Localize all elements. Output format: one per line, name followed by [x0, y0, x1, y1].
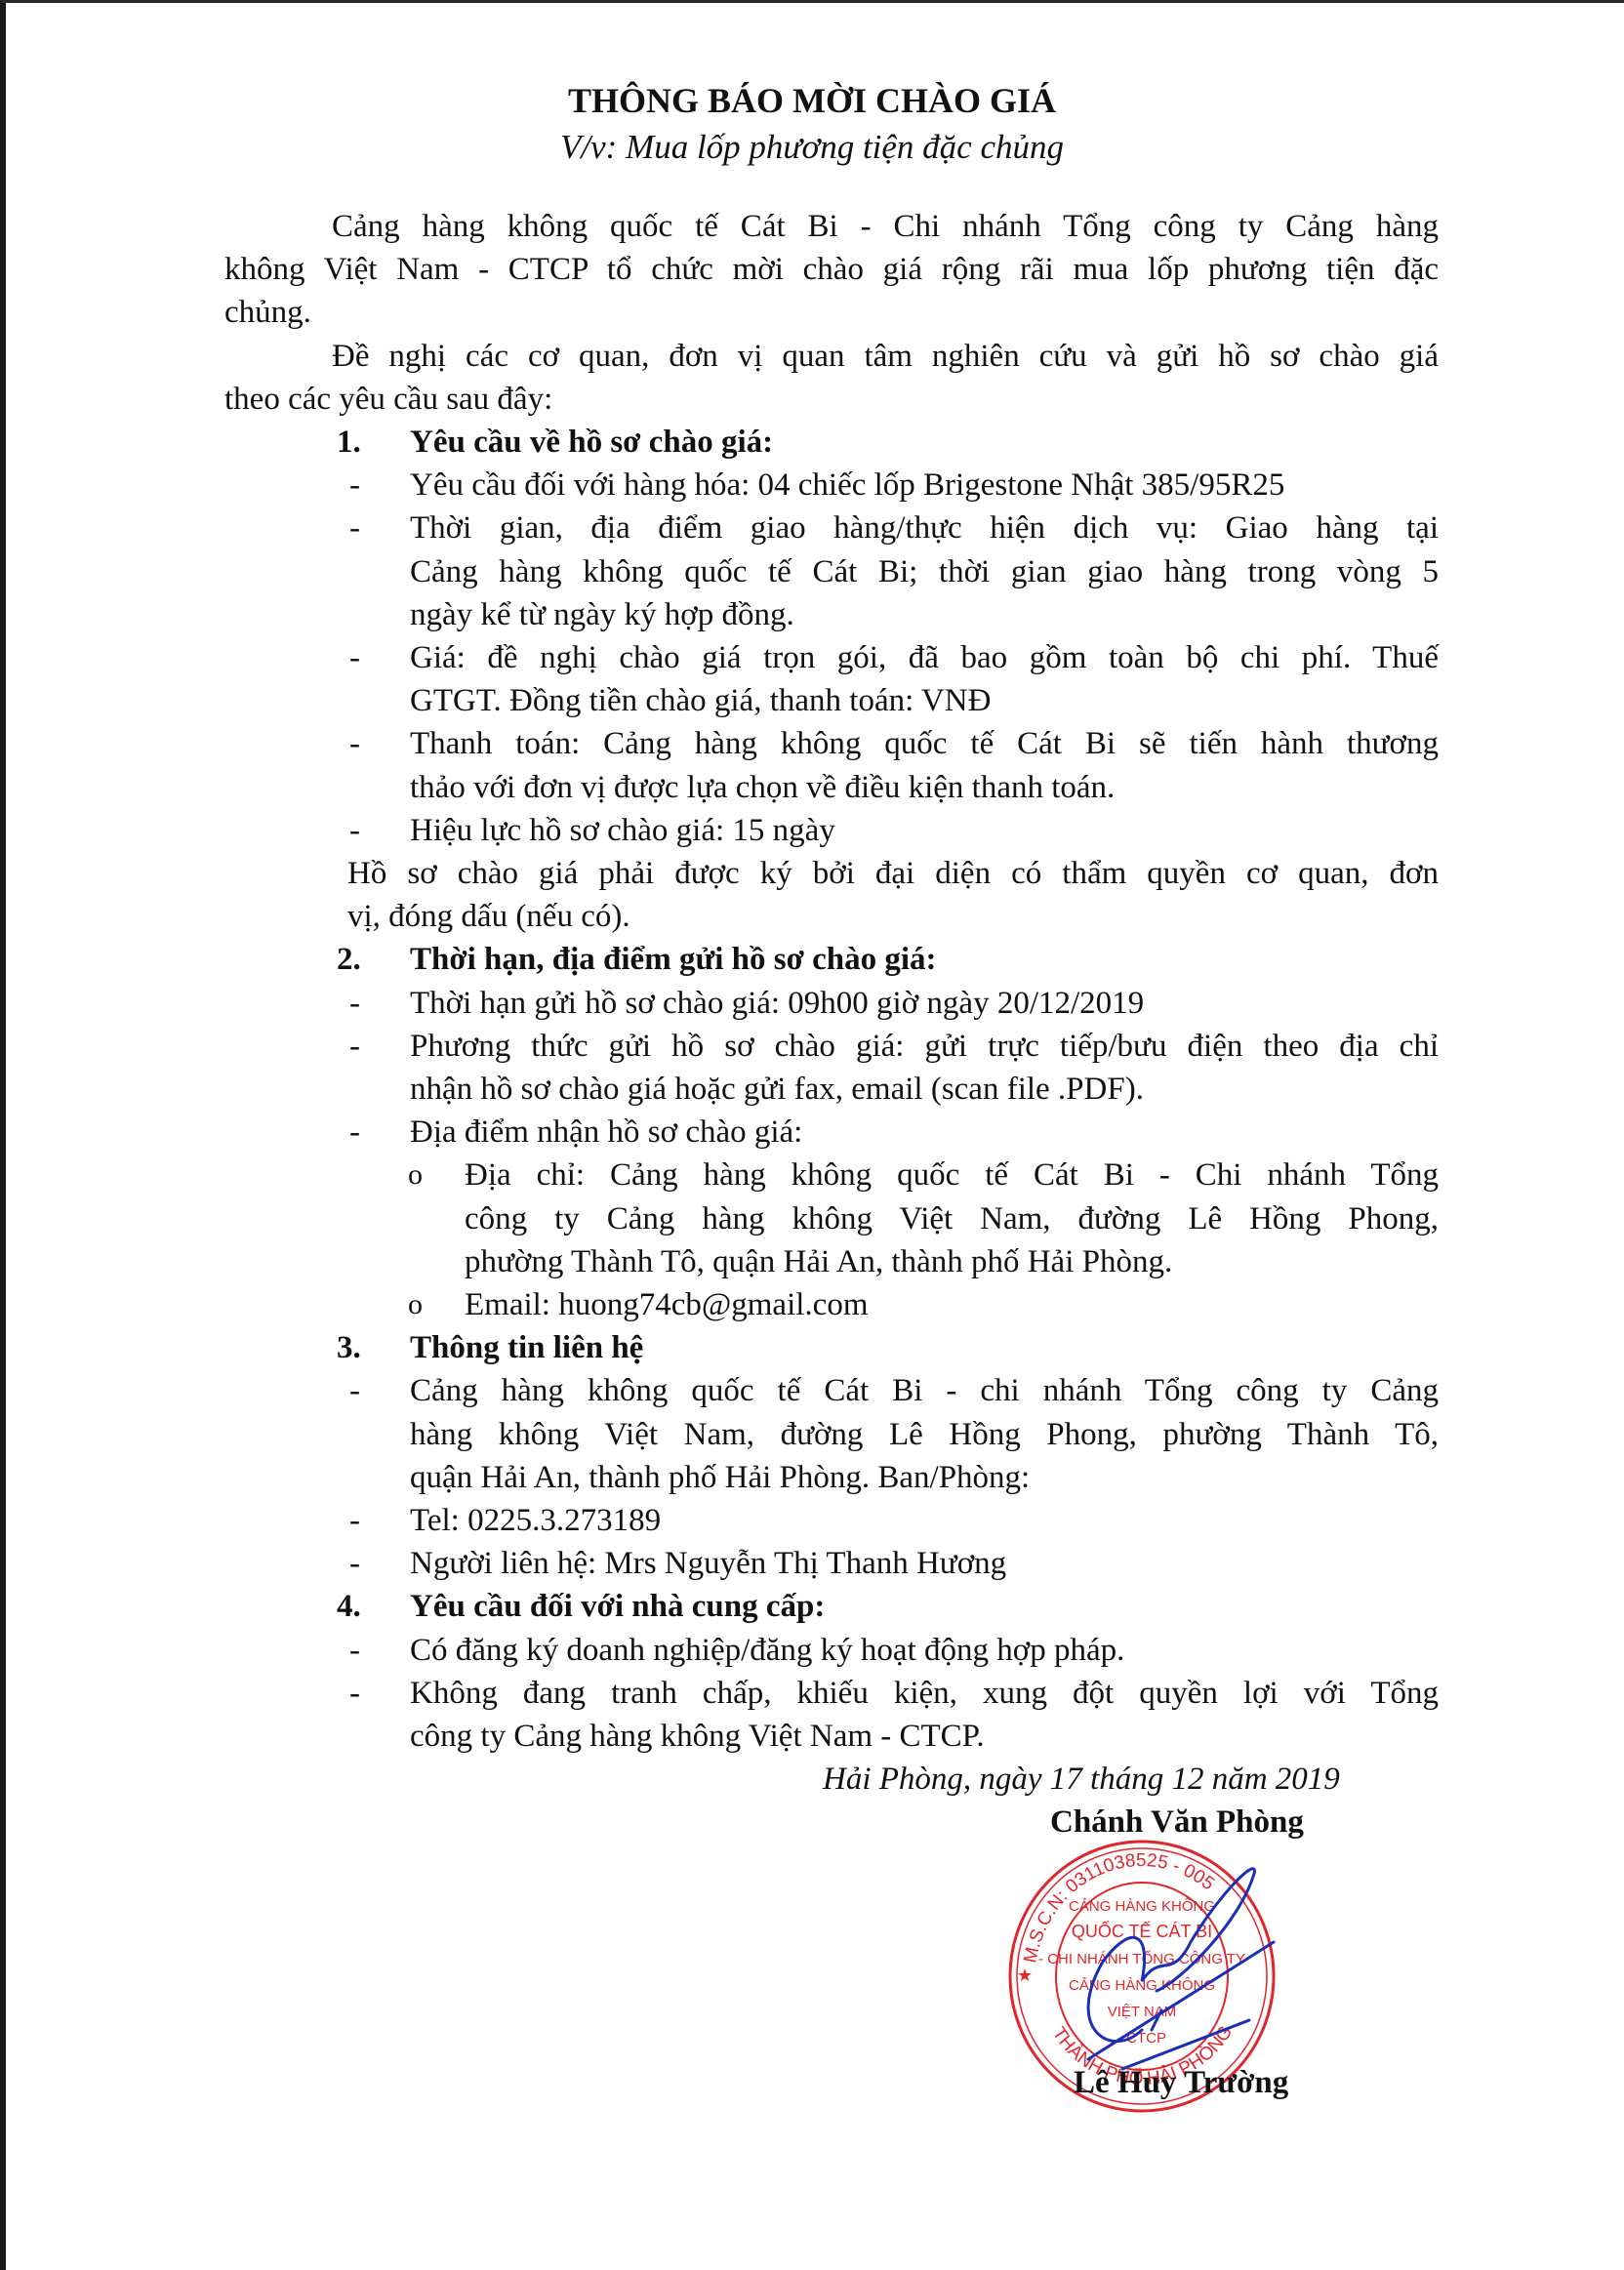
list-item: ngày kể từ ngày ký hợp đồng.: [410, 593, 794, 636]
sub-list-item: công ty Cảng hàng không Việt Nam, đường …: [465, 1197, 1439, 1240]
svg-text:- CTCP: - CTCP: [1117, 2030, 1166, 2047]
section-number: 2.: [337, 938, 361, 981]
list-item: quận Hải An, thành phố Hải Phòng. Ban/Ph…: [410, 1456, 1030, 1499]
section-heading: Yêu cầu về hồ sơ chào giá:: [410, 421, 773, 464]
bullet-dash: -: [349, 982, 360, 1025]
intro-paragraph-line: theo các yêu cầu sau đây:: [224, 378, 552, 421]
list-item: thảo với đơn vị được lựa chọn về điều ki…: [410, 766, 1115, 809]
bullet-dash: -: [349, 1369, 360, 1412]
intro-paragraph-line: không Việt Nam - CTCP tổ chức mời chào g…: [224, 248, 1439, 291]
bullet-dash: -: [349, 636, 360, 679]
sub-list-item: phường Thành Tô, quận Hải An, thành phố …: [465, 1240, 1172, 1283]
date-line: Hải Phòng, ngày 17 tháng 12 năm 2019: [823, 1758, 1340, 1801]
bullet-dash: -: [349, 1542, 360, 1585]
bullet-dash: -: [349, 1499, 360, 1542]
list-item: Thời gian, địa điểm giao hàng/thực hiện …: [410, 507, 1439, 549]
list-item: Tel: 0225.3.273189: [410, 1499, 661, 1542]
sub-list-item: Địa chỉ: Cảng hàng không quốc tế Cát Bi …: [465, 1154, 1439, 1196]
signer-name: Lê Huy Trường: [1074, 2061, 1288, 2104]
bullet-dash: -: [349, 1629, 360, 1672]
bullet-dash: -: [349, 1111, 360, 1154]
document-subtitle: V/v: Mua lốp phương tiện đặc chủng: [0, 125, 1624, 170]
intro-paragraph-line: chủng.: [224, 291, 311, 334]
section-number: 4.: [337, 1585, 361, 1628]
intro-paragraph-line: Cảng hàng không quốc tế Cát Bi - Chi nhá…: [332, 205, 1439, 248]
section-number: 1.: [337, 421, 361, 464]
svg-text:- CHI NHÁNH TỔNG CÔNG TY: - CHI NHÁNH TỔNG CÔNG TY: [1038, 1950, 1245, 1967]
list-item: Người liên hệ: Mrs Nguyễn Thị Thanh Hươn…: [410, 1542, 1006, 1585]
bullet-dash: -: [349, 809, 360, 852]
document-title: THÔNG BÁO MỜI CHÀO GIÁ: [0, 78, 1624, 123]
list-item: Thanh toán: Cảng hàng không quốc tế Cát …: [410, 722, 1439, 765]
scan-edge-top: [0, 0, 1624, 3]
bullet-dash: -: [349, 1672, 360, 1715]
sub-list-item: Email: huong74cb@gmail.com: [465, 1283, 868, 1326]
list-item: Không đang tranh chấp, khiếu kiện, xung …: [410, 1672, 1439, 1715]
list-item: Yêu cầu đối với hàng hóa: 04 chiếc lốp B…: [410, 464, 1284, 507]
list-item: Cảng hàng không quốc tế Cát Bi; thời gia…: [410, 550, 1439, 593]
section-heading: Thông tin liên hệ: [410, 1326, 643, 1369]
section-note: vị, đóng dấu (nếu có).: [347, 895, 630, 938]
svg-text:QUỐC TẾ CÁT BI: QUỐC TẾ CÁT BI: [1072, 1921, 1212, 1941]
svg-text:CẢNG HÀNG KHÔNG: CẢNG HÀNG KHÔNG: [1069, 1898, 1215, 1915]
section-heading: Yêu cầu đối với nhà cung cấp:: [410, 1585, 825, 1628]
bullet-dash: -: [349, 722, 360, 765]
bullet-circle: o: [408, 1154, 423, 1196]
list-item: Giá: đề nghị chào giá trọn gói, đã bao g…: [410, 636, 1439, 679]
section-heading: Thời hạn, địa điểm gửi hồ sơ chào giá:: [410, 938, 937, 981]
list-item: hàng không Việt Nam, đường Lê Hồng Phong…: [410, 1413, 1439, 1456]
list-item: nhận hồ sơ chào giá hoặc gửi fax, email …: [410, 1068, 1144, 1111]
list-item: Cảng hàng không quốc tế Cát Bi - chi nhá…: [410, 1369, 1439, 1412]
list-item: Phương thức gửi hồ sơ chào giá: gửi trực…: [410, 1025, 1439, 1068]
bullet-dash: -: [349, 464, 360, 507]
bullet-dash: -: [349, 1025, 360, 1068]
list-item: Có đăng ký doanh nghiệp/đăng ký hoạt độn…: [410, 1629, 1124, 1672]
scan-edge-left: [0, 0, 6, 2270]
intro-paragraph-line: Đề nghị các cơ quan, đơn vị quan tâm ngh…: [332, 335, 1439, 378]
list-item: công ty Cảng hàng không Việt Nam - CTCP.: [410, 1715, 985, 1758]
signer-title: Chánh Văn Phòng: [1050, 1801, 1304, 1844]
svg-text:★: ★: [1017, 1966, 1033, 1986]
bullet-circle: o: [408, 1283, 423, 1326]
svg-text:VIỆT NAM: VIỆT NAM: [1108, 2004, 1177, 2020]
list-item: GTGT. Đồng tiền chào giá, thanh toán: VN…: [410, 679, 991, 722]
section-note: Hồ sơ chào giá phải được ký bởi đại diện…: [347, 852, 1439, 895]
list-item: Hiệu lực hồ sơ chào giá: 15 ngày: [410, 809, 835, 852]
list-item: Địa điểm nhận hồ sơ chào giá:: [410, 1111, 802, 1154]
list-item: Thời hạn gửi hồ sơ chào giá: 09h00 giờ n…: [410, 982, 1144, 1025]
section-number: 3.: [337, 1326, 361, 1369]
bullet-dash: -: [349, 507, 360, 549]
